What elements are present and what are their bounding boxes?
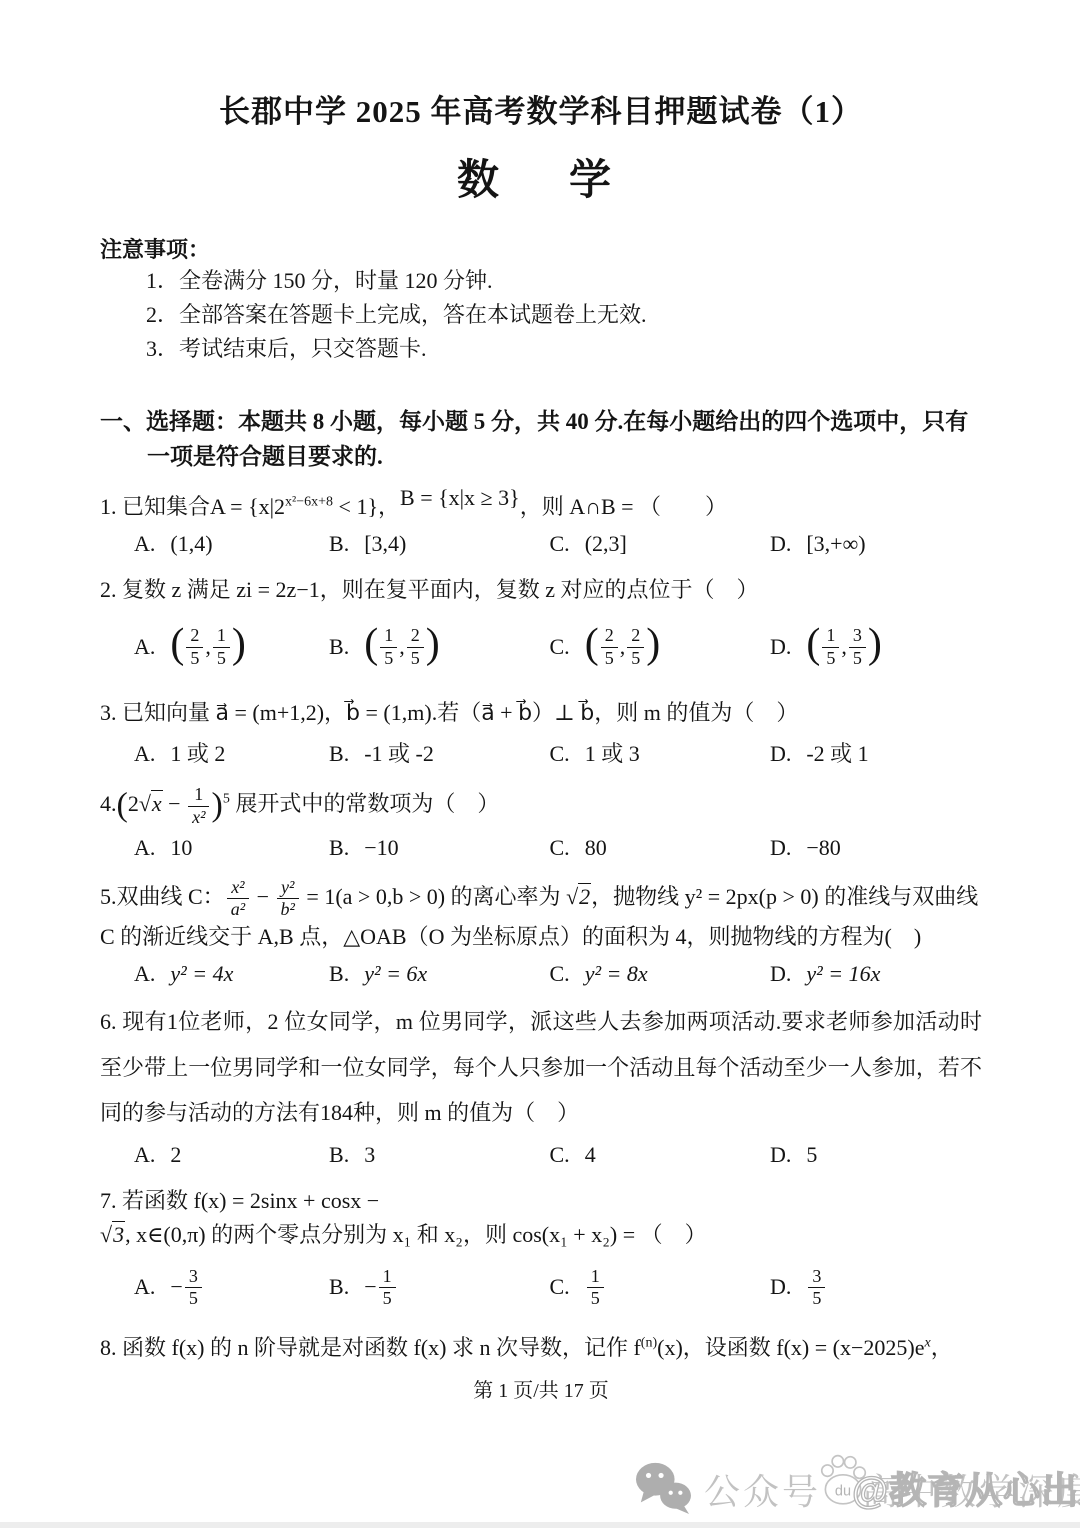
wechat-icon <box>632 1460 694 1519</box>
sqrt-sign: √ <box>566 884 578 909</box>
option-label: C. <box>550 634 570 660</box>
paren-close: ) <box>646 626 660 664</box>
q8-stem-end: ， <box>931 1335 953 1360</box>
question-7-options: A.−35 B.−15 C.15 D.35 <box>100 1259 982 1315</box>
option-value: [3,+∞) <box>806 531 865 556</box>
option-label: B. <box>329 634 349 660</box>
q1-stem-mid: < 1}， <box>333 494 400 519</box>
paren-open: ( <box>585 626 599 664</box>
subject-title: 数 学 <box>100 147 982 207</box>
option-label: D. <box>770 1274 791 1300</box>
option-label: B. <box>329 741 349 766</box>
q7-stem-end: , x∈(0,π) 的两个零点分别为 x₁ 和 x₂，则 cos(x₁ + x₂… <box>125 1222 707 1247</box>
question-6-options: A.2 B.3 C.4 D.5 <box>100 1142 982 1168</box>
page-bottom-edge <box>0 1522 1080 1528</box>
q3-option-d: D.-2 或 1 <box>770 737 982 768</box>
q1-stem-end: ，则 A∩B = （ ） <box>520 494 727 519</box>
q3-option-a: A.1 或 2 <box>134 737 329 768</box>
exam-title: 长郡中学 2025 年高考数学科目押题试卷（1） <box>100 86 982 131</box>
q1-set-b: B = {x|x ≥ 3} <box>400 485 520 510</box>
paw-label: du <box>835 1484 851 1500</box>
fraction: 15 <box>379 1266 396 1309</box>
q2-option-d: D.(15,35) <box>770 614 982 680</box>
question-4: 4.(2√x − 1x²)5 展开式中的常数项为（ ） <box>100 784 982 827</box>
option-label: D. <box>770 961 791 986</box>
q7-option-c: C.15 <box>550 1259 770 1315</box>
question-2: 2. 复数 z 满足 zi = 2z−1，则在复平面内，复数 z 对应的点位于（… <box>100 573 982 607</box>
option-label: A. <box>134 741 155 766</box>
minus-sign: − <box>163 791 186 816</box>
notice-item-1: 1．全卷满分 150 分，时量 120 分钟. <box>100 264 982 298</box>
option-label: D. <box>770 1142 791 1167</box>
question-8: 8. 函数 f(x) 的 n 阶导就是对函数 f(x) 求 n 次导数，记作 f… <box>100 1331 982 1365</box>
question-3: 3. 已知向量 a⃗ = (m+1,2)，b⃗ = (1,m).若（a⃗ + b… <box>100 696 982 730</box>
q2-option-b: B.(15,25) <box>329 614 549 680</box>
q6-option-c: C.4 <box>550 1142 770 1168</box>
fraction: 25 <box>601 625 618 668</box>
q5-option-c: C.y² = 8x <box>550 961 770 987</box>
option-label: C. <box>550 531 570 556</box>
notice-block: 注意事项： 1．全卷满分 150 分，时量 120 分钟. 2．全部答案在答题卡… <box>100 233 982 366</box>
option-label: A. <box>134 1274 155 1300</box>
option-label: C. <box>550 741 570 766</box>
option-label: A. <box>134 1142 155 1167</box>
q3-option-c: C.1 或 3 <box>550 737 770 768</box>
q2-option-a: A.(25,15) <box>134 614 329 680</box>
q4-term: 2√ <box>128 791 151 816</box>
option-value: -2 或 1 <box>806 741 868 766</box>
option-label: D. <box>770 741 791 766</box>
fraction: y²b² <box>277 877 299 920</box>
exam-paper: 长郡中学 2025 年高考数学科目押题试卷（1） 数 学 注意事项： 1．全卷满… <box>0 0 1080 1403</box>
q1-option-a: A.(1,4) <box>134 531 329 557</box>
q7-radicand: 3 <box>112 1221 125 1247</box>
option-label: B. <box>329 835 349 860</box>
option-value: y² = 16x <box>806 961 880 986</box>
paren-close: ) <box>232 626 246 664</box>
notice-item-2: 2．全部答案在答题卡上完成，答在本试题卷上无效. <box>100 298 982 332</box>
fraction: 35 <box>808 1266 825 1309</box>
q6-option-a: A.2 <box>134 1142 329 1168</box>
question-1-options: A.(1,4) B.[3,4) C.(2,3] D.[3,+∞) <box>100 531 982 557</box>
comma: , <box>205 634 211 660</box>
fraction: 25 <box>407 625 424 668</box>
paren-open: ( <box>117 787 128 824</box>
question-7: 7. 若函数 f(x) = 2sinx + cosx − √3, x∈(0,π)… <box>100 1184 982 1252</box>
fraction: 1x² <box>188 784 209 827</box>
option-value: (2,3] <box>585 531 627 556</box>
fraction: 25 <box>186 625 203 668</box>
q5-option-a: A.y² = 4x <box>134 961 329 987</box>
q4-option-a: A.10 <box>134 835 329 861</box>
option-label: D. <box>770 531 791 556</box>
question-6: 6. 现有1位老师，2 位女同学，m 位男同学，派这些人去参加两项活动.要求老师… <box>100 999 982 1135</box>
q4-option-c: C.80 <box>550 835 770 861</box>
q7-stem-start: 7. 若函数 f(x) = 2sinx + cosx − <box>100 1188 379 1213</box>
fraction: 15 <box>587 1266 604 1309</box>
q1-exponent: x²−6x+8 <box>285 495 333 510</box>
q1-option-d: D.[3,+∞) <box>770 531 982 557</box>
paren-close: ) <box>426 626 440 664</box>
option-label: C. <box>550 961 570 986</box>
section-heading: 一、选择题：本题共 8 小题，每小题 5 分，共 40 分.在每小题给出的四个选… <box>100 404 982 474</box>
question-3-options: A.1 或 2 B.-1 或 -2 C.1 或 3 D.-2 或 1 <box>100 737 982 768</box>
fraction: 15 <box>213 625 230 668</box>
paren-open: ( <box>170 626 184 664</box>
option-label: C. <box>550 1142 570 1167</box>
option-value: -1 或 -2 <box>364 741 434 766</box>
paren-close: ) <box>211 787 222 824</box>
paren-close: ) <box>868 626 882 664</box>
comma: , <box>399 634 405 660</box>
option-value: 5 <box>806 1142 817 1167</box>
option-label: A. <box>134 634 155 660</box>
question-4-options: A.10 B.−10 C.80 D.−80 <box>100 835 982 861</box>
option-value: y² = 4x <box>170 961 233 986</box>
q1-option-b: B.[3,4) <box>329 531 549 557</box>
question-5: 5.双曲线 C：x²a² − y²b² = 1(a > 0,b > 0) 的离心… <box>100 877 982 955</box>
comma: , <box>841 634 847 660</box>
q5-option-b: B.y² = 6x <box>329 961 549 987</box>
notice-item-3: 3．考试结束后，只交答题卡. <box>100 332 982 366</box>
q4-number: 4. <box>100 791 117 816</box>
q8-superscript-n: (n) <box>641 1336 657 1351</box>
question-2-options: A.(25,15) B.(15,25) C.(25,25) D.(15,35) <box>100 614 982 680</box>
q4-radicand: x <box>151 790 163 816</box>
q5-stem-mid: = 1(a > 0,b > 0) 的离心率为 <box>301 884 566 909</box>
q5-option-d: D.y² = 16x <box>770 961 982 987</box>
q3-option-b: B.-1 或 -2 <box>329 737 549 768</box>
option-label: C. <box>550 1274 570 1300</box>
option-value: 80 <box>585 835 607 860</box>
option-label: D. <box>770 835 791 860</box>
option-label: C. <box>550 835 570 860</box>
option-label: A. <box>134 531 155 556</box>
q4-stem-end: 展开式中的常数项为（ ） <box>230 791 500 816</box>
watermark: 公众号 · 高中数学深度研究 du @教育从心出发 <box>600 1452 1080 1522</box>
option-value: 3 <box>364 1142 375 1167</box>
option-value: 1 或 3 <box>585 741 640 766</box>
q6-option-b: B.3 <box>329 1142 549 1168</box>
option-value: −80 <box>806 835 840 860</box>
q4-option-b: B.−10 <box>329 835 549 861</box>
fraction: 25 <box>627 625 644 668</box>
option-value: 1 或 2 <box>170 741 225 766</box>
minus-sign: − <box>364 1274 376 1300</box>
sqrt-sign: √ <box>100 1222 112 1247</box>
q1-stem-pre: 1. 已知集合A = {x|2 <box>100 494 285 519</box>
option-value: y² = 8x <box>585 961 648 986</box>
option-value: −10 <box>364 835 398 860</box>
q4-option-d: D.−80 <box>770 835 982 861</box>
q1-option-c: C.(2,3] <box>550 531 770 557</box>
question-5-options: A.y² = 4x B.y² = 6x C.y² = 8x D.y² = 16x <box>100 961 982 987</box>
option-value: [3,4) <box>364 531 406 556</box>
option-label: B. <box>329 961 349 986</box>
option-value: 4 <box>585 1142 596 1167</box>
fraction: 15 <box>822 625 839 668</box>
option-value: (1,4) <box>170 531 212 556</box>
q8-stem-start: 8. 函数 f(x) 的 n 阶导就是对函数 f(x) 求 n 次导数，记作 f <box>100 1335 641 1360</box>
option-label: A. <box>134 961 155 986</box>
option-label: D. <box>770 634 791 660</box>
fraction: x²a² <box>227 877 249 920</box>
notice-heading: 注意事项： <box>100 233 982 264</box>
fraction: 35 <box>185 1266 202 1309</box>
minus-sign: − <box>170 1274 182 1300</box>
page-number: 第 1 页/共 17 页 <box>100 1374 982 1403</box>
fraction: 15 <box>380 625 397 668</box>
q5-radicand: 2 <box>578 883 591 909</box>
q7-option-d: D.35 <box>770 1259 982 1315</box>
paren-open: ( <box>806 626 820 664</box>
q4-exponent: 5 <box>223 792 230 807</box>
minus-sign: − <box>251 884 274 909</box>
watermark-overlay-text: @教育从心出发 <box>852 1460 1080 1514</box>
question-1: 1. 已知集合A = {x|2x²−6x+8 < 1}，B = {x|x ≥ 3… <box>100 490 982 524</box>
option-label: B. <box>329 1274 349 1300</box>
option-label: A. <box>134 835 155 860</box>
option-label: B. <box>329 1142 349 1167</box>
comma: , <box>620 634 626 660</box>
option-value: 10 <box>170 835 192 860</box>
paren-open: ( <box>364 626 378 664</box>
q6-option-d: D.5 <box>770 1142 982 1168</box>
q8-stem-mid: (x)，设函数 f(x) = (x−2025)e <box>657 1335 924 1360</box>
option-value: 2 <box>170 1142 181 1167</box>
option-value: y² = 6x <box>364 961 427 986</box>
q7-option-a: A.−35 <box>134 1259 329 1315</box>
option-label: B. <box>329 531 349 556</box>
q5-stem-start: 5.双曲线 C： <box>100 884 225 909</box>
q2-option-c: C.(25,25) <box>550 614 770 680</box>
fraction: 35 <box>849 625 866 668</box>
q7-option-b: B.−15 <box>329 1259 549 1315</box>
